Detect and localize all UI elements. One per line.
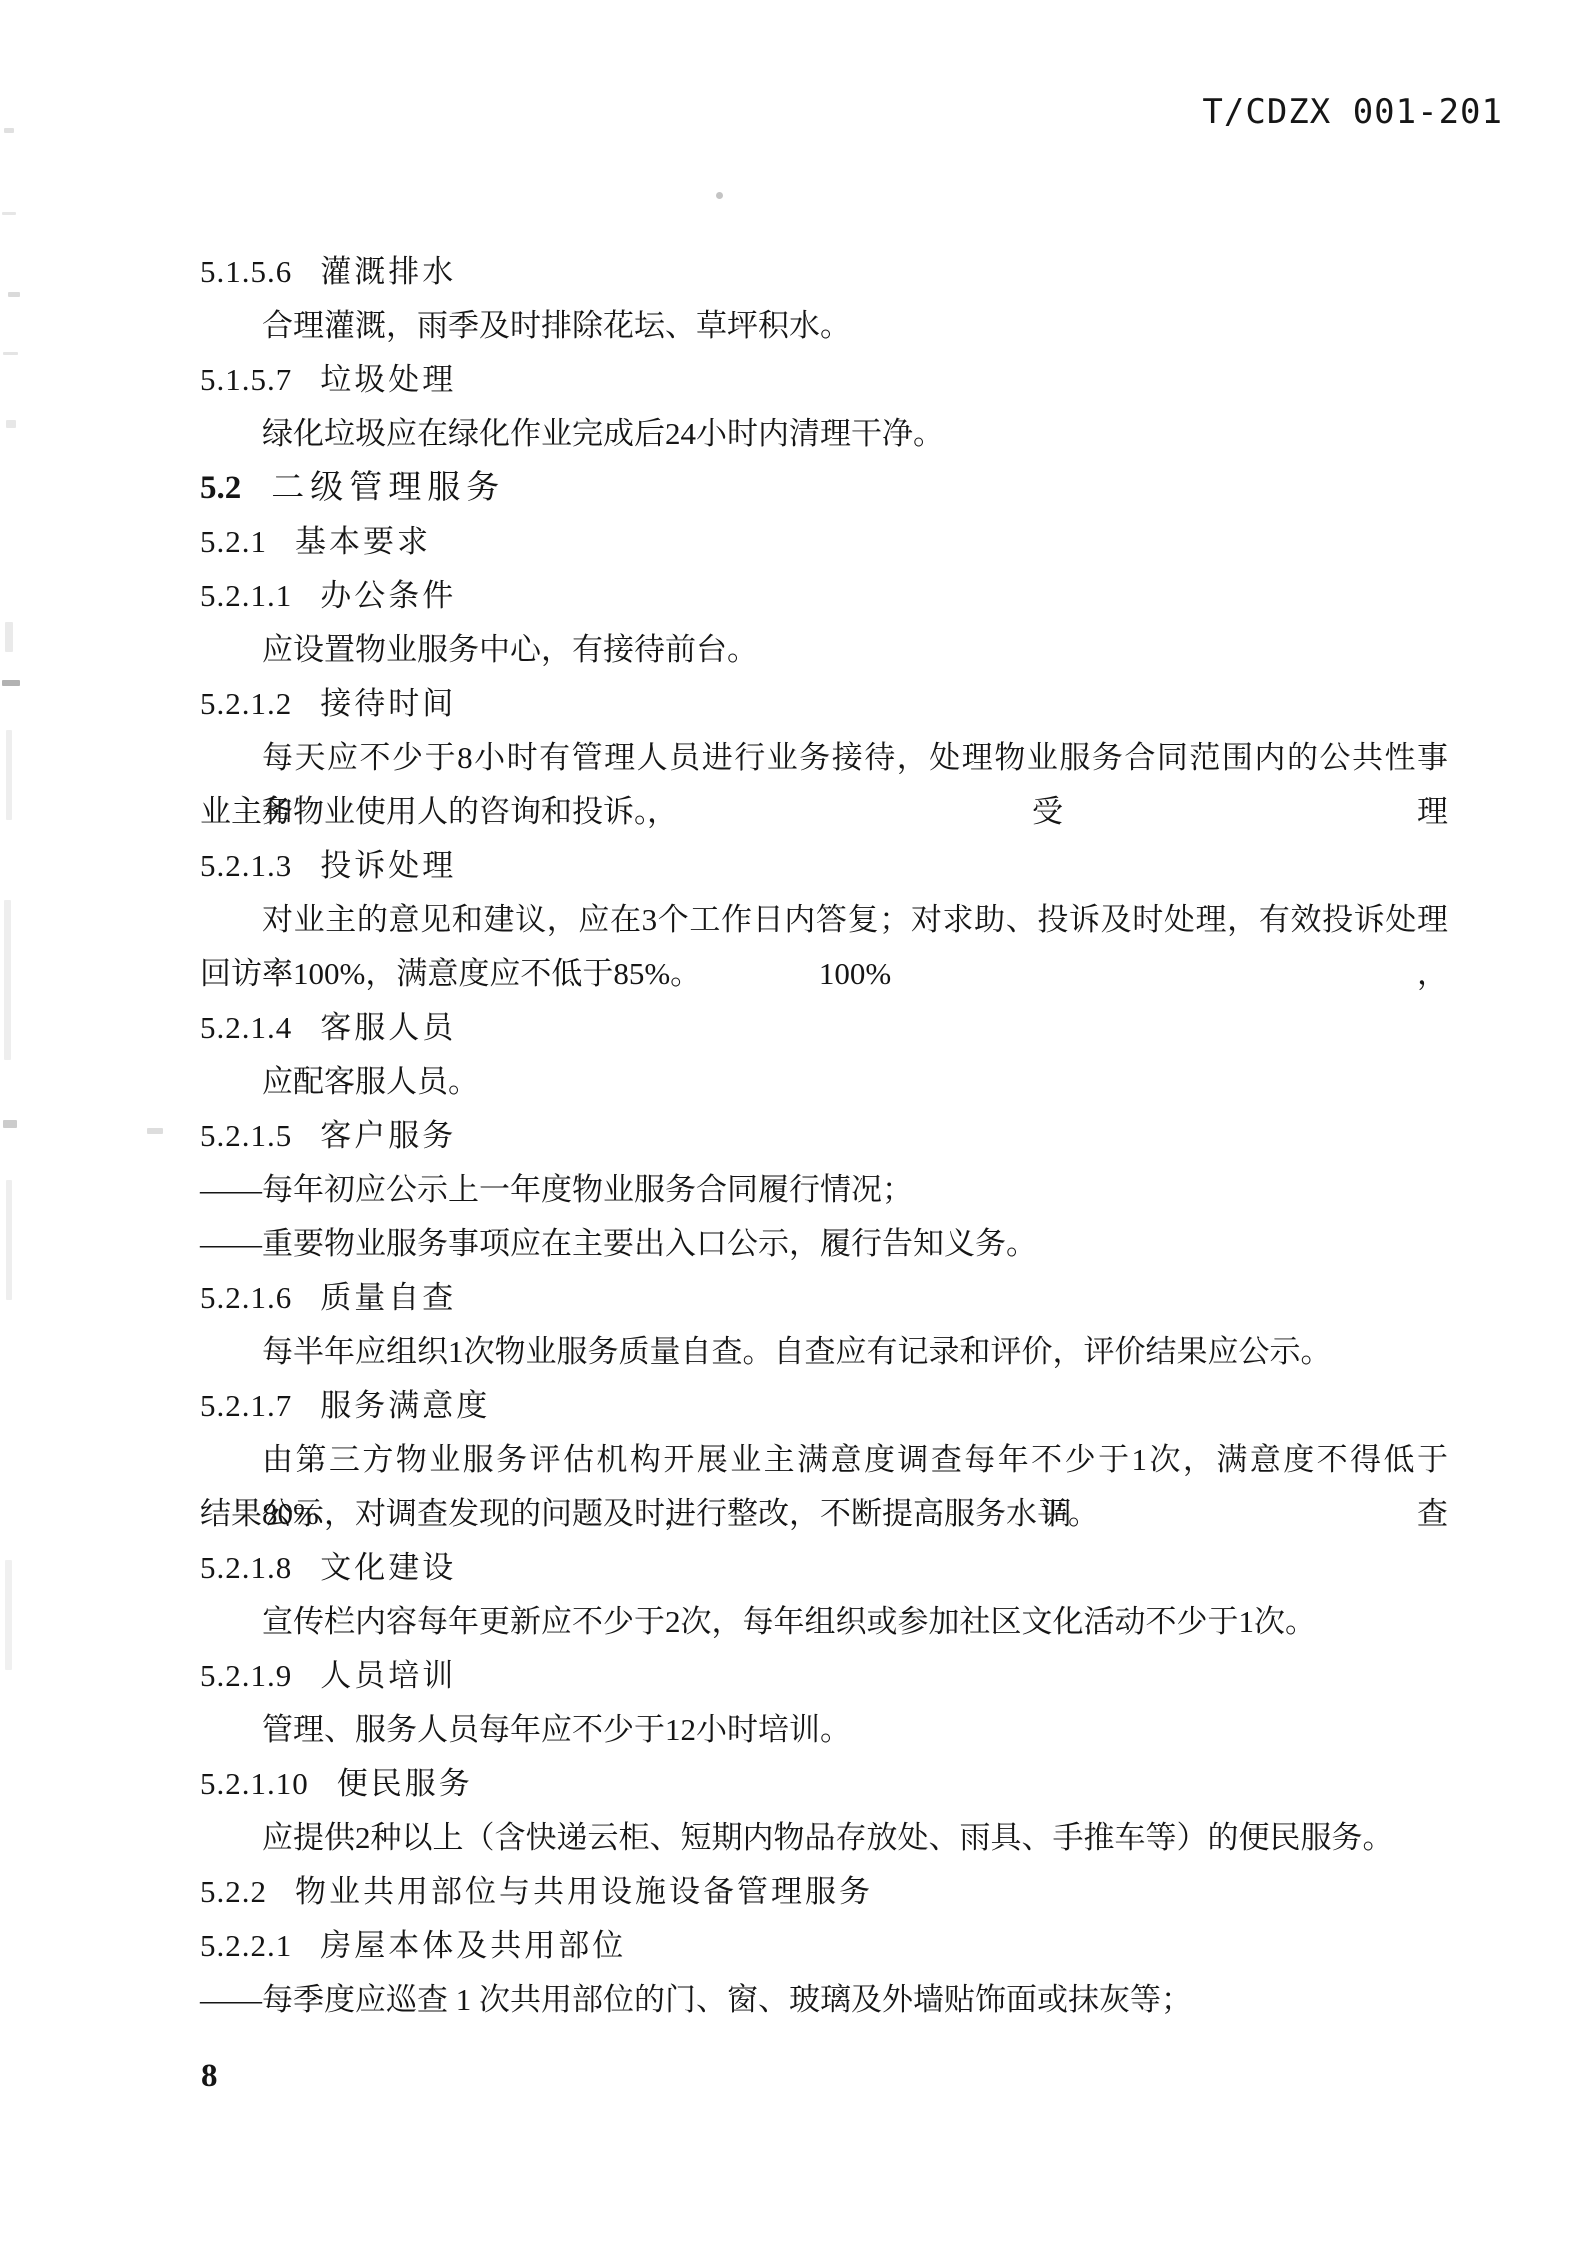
clause-title: 服务满意度 — [320, 1388, 490, 1423]
clause-heading: 5.2.1.6质量自查 — [200, 1271, 1448, 1325]
clause-number: 5.2.1.6 — [200, 1280, 292, 1315]
clause-number: 5.2.1.10 — [200, 1766, 309, 1801]
clause-title: 垃圾处理 — [320, 362, 456, 397]
clause-number: 5.2.1.7 — [200, 1388, 292, 1423]
clause-number: 5.2.1 — [200, 524, 267, 559]
scan-speck — [2, 212, 16, 215]
clause-title: 便民服务 — [337, 1766, 473, 1801]
scan-speck — [6, 1180, 12, 1300]
clause-heading: 5.2.1.8文化建设 — [200, 1541, 1448, 1595]
clause-title: 灌溉排水 — [320, 254, 456, 289]
scan-speck — [716, 192, 723, 199]
clause-heading: 5.2.1.1办公条件 — [200, 569, 1448, 623]
scan-speck — [147, 1128, 163, 1134]
page-number: 8 — [201, 2049, 218, 2103]
scan-speck — [3, 352, 18, 355]
document-page: T/CDZX 001-201 5.1.5.6灌溉排水 合理灌溉，雨季及时排除花坛… — [0, 0, 1587, 2245]
scan-speck — [1010, 1346, 1019, 1350]
clause-heading: 5.2二级管理服务 — [200, 461, 1448, 515]
paragraph-line: 每天应不少于8小时有管理人员进行业务接待，处理物业服务合同范围内的公共性事务，受… — [200, 731, 1448, 785]
paragraph-line: 由第三方物业服务评估机构开展业主满意度调查每年不少于1次，满意度不得低于80%，… — [200, 1433, 1448, 1487]
clause-heading: 5.2.2.1房屋本体及共用部位 — [200, 1919, 1448, 1973]
scan-speck — [5, 1560, 12, 1670]
scan-speck — [3, 1120, 17, 1128]
clause-number: 5.2.2 — [200, 1874, 267, 1909]
clause-heading: 5.1.5.7垃圾处理 — [200, 353, 1448, 407]
clause-heading: 5.2.1.5客户服务 — [200, 1109, 1448, 1163]
scan-speck — [8, 292, 20, 297]
clause-number: 5.2.1.4 — [200, 1010, 292, 1045]
clause-heading: 5.2.1.10便民服务 — [200, 1757, 1448, 1811]
clause-title: 客服人员 — [320, 1010, 456, 1045]
clause-number: 5.2.1.3 — [200, 848, 292, 883]
clause-heading: 5.2.1.4客服人员 — [200, 1001, 1448, 1055]
standard-code: T/CDZX 001-201 — [1202, 92, 1503, 132]
clause-title: 房屋本体及共用部位 — [320, 1928, 626, 1963]
paragraph-line: 管理、服务人员每年应不少于12小时培训。 — [200, 1703, 1448, 1757]
dash-list-item: ——重要物业服务事项应在主要出入口公示，履行告知义务。 — [200, 1217, 1448, 1271]
paragraph-line: 应设置物业服务中心，有接待前台。 — [200, 623, 1448, 677]
clause-number: 5.2.1.2 — [200, 686, 292, 721]
clause-number: 5.1.5.6 — [200, 254, 292, 289]
dash-list-item: ——每季度应巡查 1 次共用部位的门、窗、玻璃及外墙贴饰面或抹灰等； — [200, 1973, 1448, 2027]
scan-speck — [6, 730, 12, 820]
paragraph-line: 绿化垃圾应在绿化作业完成后24小时内清理干净。 — [200, 407, 1448, 461]
paragraph-line: 合理灌溉，雨季及时排除花坛、草坪积水。 — [200, 299, 1448, 353]
paragraph-line: 对业主的意见和建议，应在3个工作日内答复；对求助、投诉及时处理，有效投诉处理率1… — [200, 893, 1448, 947]
dash-list-item: ——每年初应公示上一年度物业服务合同履行情况； — [200, 1163, 1448, 1217]
clause-number: 5.2.1.5 — [200, 1118, 292, 1153]
clause-heading: 5.2.1.3投诉处理 — [200, 839, 1448, 893]
clause-title: 投诉处理 — [320, 848, 456, 883]
clause-title: 接待时间 — [320, 686, 456, 721]
clause-title: 二级管理服务 — [271, 470, 505, 506]
paragraph-line: 宣传栏内容每年更新应不少于2次，每年组织或参加社区文化活动不少于1次。 — [200, 1595, 1448, 1649]
clause-title: 物业共用部位与共用设施设备管理服务 — [295, 1874, 873, 1909]
paragraph-line: 应提供2种以上（含快递云柜、短期内物品存放处、雨具、手推车等）的便民服务。 — [200, 1811, 1448, 1865]
clause-title: 人员培训 — [320, 1658, 456, 1693]
clause-heading: 5.2.2物业共用部位与共用设施设备管理服务 — [200, 1865, 1448, 1919]
scan-speck — [4, 128, 14, 133]
clause-number: 5.2.2.1 — [200, 1928, 292, 1963]
scan-speck — [5, 622, 13, 652]
scan-speck — [4, 900, 11, 1060]
clause-title: 质量自查 — [320, 1280, 456, 1315]
scan-speck — [2, 680, 20, 686]
clause-heading: 5.1.5.6灌溉排水 — [200, 245, 1448, 299]
clause-number: 5.2.1.9 — [200, 1658, 292, 1693]
clause-heading: 5.2.1.7服务满意度 — [200, 1379, 1448, 1433]
clause-heading: 5.2.1基本要求 — [200, 515, 1448, 569]
document-body: 5.1.5.6灌溉排水 合理灌溉，雨季及时排除花坛、草坪积水。 5.1.5.7垃… — [200, 245, 1448, 2027]
clause-title: 办公条件 — [320, 578, 456, 613]
clause-title: 基本要求 — [295, 524, 431, 559]
clause-title: 客户服务 — [320, 1118, 456, 1153]
clause-number: 5.2.1.1 — [200, 578, 292, 613]
paragraph-line: 每半年应组织1次物业服务质量自查。自查应有记录和评价，评价结果应公示。 — [200, 1325, 1448, 1379]
clause-heading: 5.2.1.2接待时间 — [200, 677, 1448, 731]
clause-heading: 5.2.1.9人员培训 — [200, 1649, 1448, 1703]
clause-number: 5.1.5.7 — [200, 362, 292, 397]
paragraph-line: 应配客服人员。 — [200, 1055, 1448, 1109]
clause-title: 文化建设 — [320, 1550, 456, 1585]
scan-speck — [6, 420, 16, 428]
clause-number: 5.2.1.8 — [200, 1550, 292, 1585]
clause-number: 5.2 — [200, 470, 241, 506]
